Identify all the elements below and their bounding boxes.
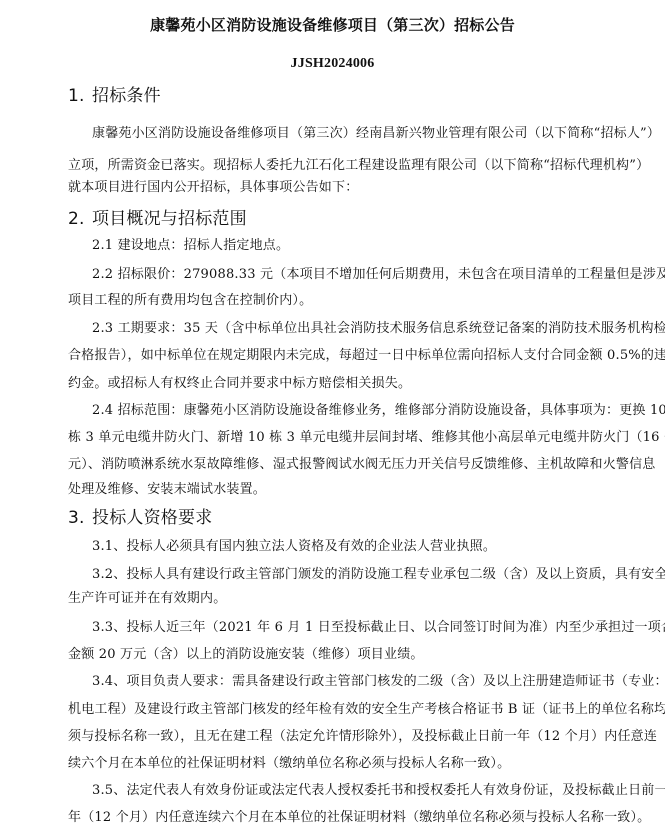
section-title: 招标条件 [92,86,161,106]
paragraph-line: 就本项目进行国内公开招标，具体事项公告如下： [68,180,358,196]
section-number: 3. [68,508,92,528]
document-title: 康馨苑小区消防设施设备维修项目（第三次）招标公告 [0,17,665,33]
paragraph-line: 3.2、投标人具有建设行政主管部门颁发的消防设施工程专业承包二级（含）及以上资质… [92,567,665,583]
section-number: 1. [68,86,92,106]
paragraph-line: 2.1 建设地点：招标人指定地点。 [92,238,289,254]
paragraph-line: 项目工程的所有费用均包含在控制价内）。 [68,293,312,309]
paragraph-line: 续六个月在本单位的社保证明材料（缴纳单位名称必须与投标人名称一致）。 [68,756,510,772]
paragraph-line: 栋 3 单元电缆井防火门、新增 10 栋 3 单元电缆井层间封堵、维修其他小高层… [68,430,665,446]
paragraph-line: 2.4 招标范围：康馨苑小区消防设施设备维修业务，维修部分消防设施设备，具体事项… [92,403,665,419]
paragraph-line: 2.2 招标限价：279088.33 元（本项目不增加任何后期费用，未包含在项目… [92,267,665,283]
paragraph-line: 金额 20 万元（含）以上的消防设施安装（维修）项目业绩。 [68,647,424,663]
paragraph-line: 3.4、项目负责人要求：需具备建设行政主管部门核发的二级（含）及以上注册建造师证… [92,674,665,690]
paragraph-line: 元）、消防喷淋系统水泵故障维修、湿式报警阀试水阀无压力开关信号反馈维修、主机故障… [68,457,656,473]
paragraph-line: 康馨苑小区消防设施设备维修项目（第三次）经南昌新兴物业管理有限公司（以下简称“招… [92,126,660,142]
section-title: 投标人资格要求 [92,508,212,528]
section-heading-3: 3.投标人资格要求 [68,508,212,528]
paragraph-line: 立项，所需资金已落实。现招标人委托九江石化工程建设监理有限公司（以下简称“招标代… [68,158,649,174]
paragraph-line: 3.3、投标人近三年（2021 年 6 月 1 日至投标截止日、以合同签订时间为… [92,620,665,636]
paragraph-line: 2.3 工期要求：35 天（含中标单位出具社会消防技术服务信息系统登记备案的消防… [92,321,665,337]
paragraph-line: 须与投标名称一致），且无在建工程（法定允许情形除外），及投标截止日前一年（12 … [68,729,657,745]
section-heading-2: 2.项目概况与招标范围 [68,209,247,229]
section-title: 项目概况与招标范围 [92,209,247,229]
section-number: 2. [68,209,92,229]
paragraph-line: 机电工程）及建设行政主管部门核发的经年检有效的安全生产考核合格证书 B 证（证书… [68,702,665,718]
document-code: JJSH2024006 [0,56,665,72]
paragraph-line: 处理及维修、安装末端试水装置。 [68,482,266,498]
section-heading-1: 1.招标条件 [68,86,161,106]
paragraph-line: 合格报告），如中标单位在规定期限内未完成，每超过一日中标单位需向招标人支付合同金… [68,348,665,364]
paragraph-line: 约金。或招标人有权终止合同并要求中标方赔偿相关损失。 [68,376,411,392]
paragraph-line: 3.1、投标人必须具有国内独立法人资格及有效的企业法人营业执照。 [92,539,496,555]
paragraph-line: 生产许可证并在有效期内。 [68,591,226,607]
paragraph-line: 3.5、法定代表人有效身份证或法定代表人授权委托书和授权委托人有效身份证，及投标… [92,783,665,799]
paragraph-line: 年（12 个月）内任意连续六个月在本单位的社保证明材料（缴纳单位名称必须与投标人… [68,810,650,826]
